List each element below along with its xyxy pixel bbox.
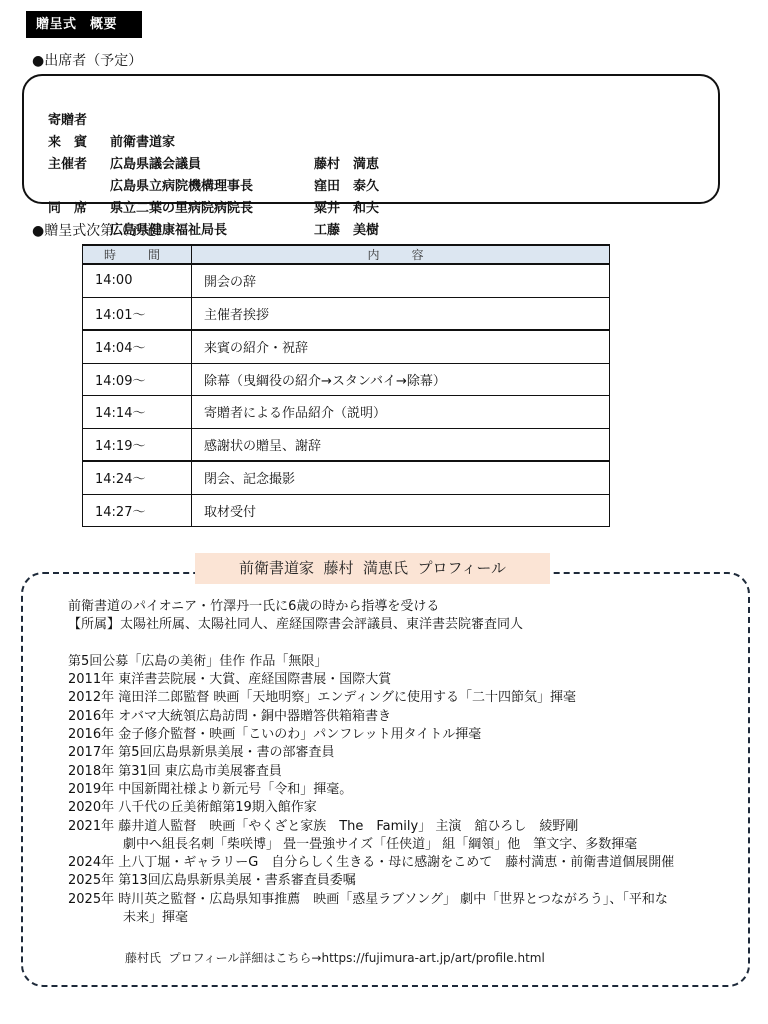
attendee-title: 前衛書道家 (110, 132, 320, 154)
history-item-continuation: 劇中へ組長名刺「柴咲博」 畳一畳強サイズ「任侠道」 組「綱領」他 筆文字、多数揮… (68, 836, 748, 854)
profile-detail-link[interactable]: 藤村氏 プロフィール詳細はこちら→https://fujimura-art.jp… (125, 950, 545, 966)
document-title-badge: 贈呈式 概要 (26, 11, 142, 38)
attendee-name: 粟井 和夫 (314, 198, 464, 220)
schedule-content: 寄贈者による作品紹介（説明） (192, 396, 610, 429)
attendee-row: 寄贈者 前衛書道家 藤村 満恵 (24, 88, 42, 110)
attendee-row: 県立二葉の里病院病院長 工藤 美樹 (24, 154, 42, 176)
profile-title: 前衛書道家 藤村 満恵氏 プロフィール (195, 553, 550, 584)
profile-affiliation-line: 【所属】太陽社所属、太陽社同人、産経国際書会評議員、東洋書芸院審査同人 (68, 616, 748, 634)
history-item: 2019年 中国新聞社様より新元号「令和」揮毫。 (68, 781, 748, 799)
attendees-heading: ●出席者（予定） (32, 52, 142, 70)
column-header-content: 内 容 (192, 245, 610, 264)
attendees-box: 寄贈者 前衛書道家 藤村 満恵 来 賓 広島県議会議員 窪田 泰久 主催者 広島… (22, 74, 720, 204)
schedule-time: 14:24～ (83, 461, 192, 494)
profile-intro-line: 前衛書道のパイオニア・竹澤丹一氏に6歳の時から指導を受ける (68, 598, 748, 616)
schedule-row: 14:27～ 取材受付 (83, 494, 610, 527)
schedule-content: 除幕（曳綱役の紹介→スタンバイ→除幕） (192, 363, 610, 396)
schedule-row: 14:00 開会の辞 (83, 264, 610, 297)
attendee-name: 藤村 満恵 (314, 154, 464, 176)
attendee-role: 来 賓 (48, 132, 108, 154)
schedule-time: 14:27～ (83, 494, 192, 527)
schedule-row: 14:04～ 来賓の紹介・祝辞 (83, 330, 610, 363)
history-item: 2020年 八千代の丘美術館第19期入館作家 (68, 799, 748, 817)
attendee-role: 同 席 (48, 198, 108, 220)
schedule-time: 14:01～ (83, 297, 192, 330)
profile-body: 前衛書道のパイオニア・竹澤丹一氏に6歳の時から指導を受ける 【所属】太陽社所属、… (68, 598, 748, 927)
schedule-content: 感謝状の贈呈、謝辞 (192, 428, 610, 461)
schedule-time: 14:14～ (83, 396, 192, 429)
history-item: 2016年 オバマ大統領広島訪問・銅中器贈答供箱箱書き (68, 708, 748, 726)
attendee-name: 工藤 美樹 (314, 220, 464, 242)
spacer (68, 635, 748, 653)
history-item: 第5回公募「広島の美術」佳作 作品「無限」 (68, 653, 748, 671)
attendee-title: 広島県議会議員 (110, 154, 320, 176)
schedule-content: 取材受付 (192, 494, 610, 527)
schedule-content: 開会の辞 (192, 264, 610, 297)
schedule-row: 14:19～ 感謝状の贈呈、謝辞 (83, 428, 610, 461)
attendee-title: 県立二葉の里病院病院長 (110, 198, 320, 220)
schedule-content: 閉会、記念撮影 (192, 461, 610, 494)
schedule-row: 14:24～ 閉会、記念撮影 (83, 461, 610, 494)
schedule-time: 14:04～ (83, 330, 192, 363)
history-item: 2011年 東洋書芸院展・大賞、産経国際書展・国際大賞 (68, 671, 748, 689)
schedule-row: 14:01～ 主催者挨拶 (83, 297, 610, 330)
attendee-row: 同 席 広島県健康福祉局長 北原 加奈子 (24, 176, 42, 198)
history-item: 2012年 滝田洋二郎監督 映画「天地明察」エンディングに使用する「二十四節気」… (68, 689, 748, 707)
history-item: 2025年 時川英之監督・広島県知事推薦 映画「惑星ラブソング」 劇中「世界とつ… (68, 891, 748, 909)
attendee-row: 来 賓 広島県議会議員 窪田 泰久 (24, 110, 42, 132)
schedule-heading: ●贈呈式次第（予定） (32, 222, 170, 240)
schedule-table: 時 間 内 容 14:00 開会の辞 14:01～ 主催者挨拶 14:04～ 来… (82, 244, 610, 527)
attendee-role: 寄贈者 (48, 110, 108, 132)
column-header-time: 時 間 (83, 245, 192, 264)
schedule-content: 主催者挨拶 (192, 297, 610, 330)
schedule-row: 14:09～ 除幕（曳綱役の紹介→スタンバイ→除幕） (83, 363, 610, 396)
attendee-role: 主催者 (48, 154, 108, 176)
history-item: 2021年 藤井道人監督 映画「やくざと家族 The Family」 主演 舘ひ… (68, 818, 748, 836)
schedule-row: 14:14～ 寄贈者による作品紹介（説明） (83, 396, 610, 429)
schedule-time: 14:00 (83, 264, 192, 297)
attendee-row: 主催者 広島県立病院機構理事長 粟井 和夫 (24, 132, 42, 154)
history-item-continuation: 未来」揮毫 (68, 909, 748, 927)
attendee-name: 窪田 泰久 (314, 176, 464, 198)
history-item: 2024年 上八丁堀・ギャラリーG 自分らしく生きる・母に感謝をこめて 藤村満恵… (68, 854, 748, 872)
history-item: 2017年 第5回広島県新県美展・書の部審査員 (68, 744, 748, 762)
schedule-content: 来賓の紹介・祝辞 (192, 330, 610, 363)
schedule-time: 14:19～ (83, 428, 192, 461)
history-item: 2025年 第13回広島県新県美展・書系審査員委嘱 (68, 872, 748, 890)
schedule-time: 14:09～ (83, 363, 192, 396)
history-item: 2018年 第31回 東広島市美展審査員 (68, 763, 748, 781)
history-item: 2016年 金子修介監督・映画「こいのわ」パンフレット用タイトル揮毫 (68, 726, 748, 744)
schedule-header-row: 時 間 内 容 (83, 245, 610, 264)
attendee-title: 広島県立病院機構理事長 (110, 176, 320, 198)
